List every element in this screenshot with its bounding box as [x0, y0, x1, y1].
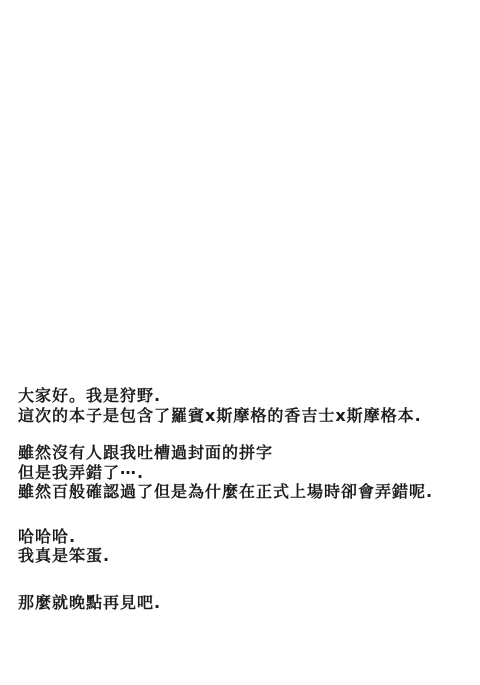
text-line: 哈哈哈.	[18, 527, 470, 547]
text-line: 大家好。我是狩野.	[18, 386, 470, 406]
text-line: 但是我弄錯了⋯.	[18, 463, 470, 483]
paragraph-mistake: 雖然沒有人跟我吐槽過封面的拼字 但是我弄錯了⋯. 雖然百般確認過了但是為什麼在正…	[18, 443, 470, 502]
paragraph-laugh: 哈哈哈. 我真是笨蛋.	[18, 527, 470, 566]
text-line: 我真是笨蛋.	[18, 546, 470, 566]
text-line: 雖然沒有人跟我吐槽過封面的拼字	[18, 443, 470, 463]
paragraph-farewell: 那麼就晚點再見吧.	[18, 593, 470, 613]
text-line: 這次的本子是包含了羅賓x斯摩格的香吉士x斯摩格本.	[18, 406, 470, 426]
paragraph-greeting: 大家好。我是狩野. 這次的本子是包含了羅賓x斯摩格的香吉士x斯摩格本.	[18, 386, 470, 425]
afterword-page: 大家好。我是狩野. 這次的本子是包含了羅賓x斯摩格的香吉士x斯摩格本. 雖然沒有…	[0, 0, 480, 685]
text-line: 那麼就晚點再見吧.	[18, 593, 470, 613]
text-line: 雖然百般確認過了但是為什麼在正式上場時卻會弄錯呢.	[18, 482, 470, 502]
afterword-text-block: 大家好。我是狩野. 這次的本子是包含了羅賓x斯摩格的香吉士x斯摩格本. 雖然沒有…	[18, 386, 470, 612]
